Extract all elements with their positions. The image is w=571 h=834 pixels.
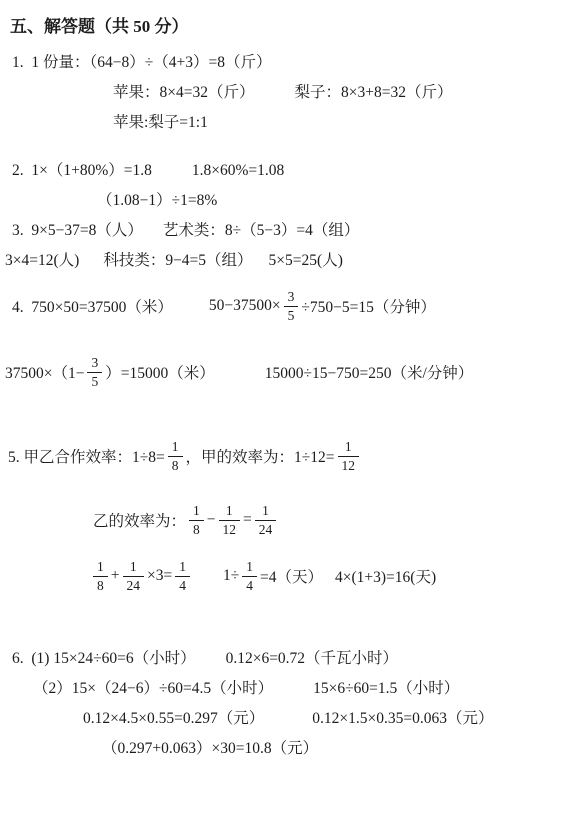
text-run: 1.8×60%=1.08 <box>192 162 284 179</box>
worksheet-page: 五、解答题（共 50 分） 1. 1 份量：（64−8）÷（4+3）=8（斤）苹… <box>0 0 571 834</box>
fraction-denominator: 24 <box>255 521 277 538</box>
problem-4-line-2: 37500×（1−35）=15000（米）15000÷15−750=250（米/… <box>0 344 571 400</box>
fraction: 35 <box>87 355 102 389</box>
fraction: 18 <box>168 439 183 473</box>
text-run: 4×(1+3)=16(天) <box>335 565 436 587</box>
fraction-numerator: 1 <box>93 559 108 577</box>
fraction: 18 <box>93 559 108 593</box>
problem-6-line-4: （0.297+0.063）×30=10.8（元） <box>0 734 571 764</box>
fraction-numerator: 3 <box>284 289 299 307</box>
text-run: ×3= <box>147 567 172 585</box>
text-run: =4（天） <box>260 565 323 587</box>
fraction: 18 <box>189 503 204 537</box>
text-run: 艺术类：8÷（5−3）=4（组） <box>163 222 360 239</box>
fraction-numerator: 1 <box>168 439 183 457</box>
problem-6-line-1: 6. (1) 15×24÷60=6（小时）0.12×6=0.72（千瓦小时） <box>0 644 571 674</box>
text-run: 1. 1 份量：（64−8）÷（4+3）=8（斤） <box>12 54 271 71</box>
fraction-numerator: 1 <box>242 559 257 577</box>
equation-gap <box>273 692 313 693</box>
text-run: （0.297+0.063）×30=10.8（元） <box>102 740 318 757</box>
fraction-numerator: 3 <box>87 355 102 373</box>
equation-gap <box>143 234 163 235</box>
text-run: 5×5=25(人) <box>269 252 343 269</box>
fraction-denominator: 5 <box>284 307 299 324</box>
fraction-denominator: 8 <box>168 457 183 474</box>
text-run: 37500×（1− <box>5 361 84 383</box>
text-run: 0.12×4.5×0.55=0.297（元） <box>83 710 264 727</box>
equation-gap <box>173 306 209 307</box>
fraction-numerator: 1 <box>255 503 277 521</box>
text-run: − <box>207 511 216 529</box>
problem-5-line-1: 5. 甲乙合作效率：1÷8=18，甲的效率为：1÷12=112 <box>0 428 571 484</box>
text-run: （1.08−1）÷1=8% <box>97 192 217 209</box>
text-run: 苹果：8×4=32（斤） <box>113 84 254 101</box>
text-run: ，甲的效率为：1÷12= <box>186 445 335 467</box>
equation-gap <box>152 174 192 175</box>
fraction: 112 <box>338 439 360 473</box>
equation-gap <box>323 576 335 577</box>
problem-5-line-2: 乙的效率为：18−112=124 <box>0 492 571 548</box>
fraction: 124 <box>123 559 145 593</box>
text-run: ）=15000（米） <box>105 361 215 383</box>
problem-6-line-3: 0.12×4.5×0.55=0.297（元）0.12×1.5×0.35=0.06… <box>0 704 571 734</box>
problem-2-line-2: （1.08−1）÷1=8% <box>0 186 571 216</box>
text-run: 0.12×1.5×0.35=0.063（元） <box>312 710 493 727</box>
fraction-denominator: 4 <box>175 577 190 594</box>
fraction-denominator: 4 <box>242 577 257 594</box>
equation-gap <box>196 662 226 663</box>
fraction-numerator: 1 <box>219 503 241 521</box>
fraction-denominator: 12 <box>219 521 241 538</box>
text-run: 4. 750×50=37500（米） <box>12 295 173 317</box>
answer-lines: 1. 1 份量：（64−8）÷（4+3）=8（斤）苹果：8×4=32（斤）梨子：… <box>0 48 571 764</box>
text-run: 3×4=12(人) <box>5 252 79 269</box>
text-run: 5. 甲乙合作效率：1÷8= <box>8 445 165 467</box>
problem-2-line-1: 2. 1×（1+80%）=1.81.8×60%=1.08 <box>0 156 571 186</box>
fraction-denominator: 12 <box>338 457 360 474</box>
text-run: 2. 1×（1+80%）=1.8 <box>12 162 152 179</box>
fraction-numerator: 1 <box>123 559 145 577</box>
text-run: ÷750−5=15（分钟） <box>301 295 436 317</box>
text-run: 0.12×6=0.72（千瓦小时） <box>226 650 398 667</box>
text-run: 乙的效率为： <box>93 509 186 531</box>
text-run: 50−37500× <box>209 297 281 315</box>
text-run: 15×6÷60=1.5（小时） <box>313 680 459 697</box>
text-run: 苹果:梨子=1:1 <box>113 114 208 131</box>
text-run: （2）15×（24−6）÷60=4.5（小时） <box>33 680 273 697</box>
text-run: 6. (1) 15×24÷60=6（小时） <box>12 650 196 667</box>
equation-gap <box>254 96 294 97</box>
fraction: 124 <box>255 503 277 537</box>
text-run: 3. 9×5−37=8（人） <box>12 222 143 239</box>
problem-5-line-3: 18+124×3=141÷14=4（天）4×(1+3)=16(天) <box>0 548 571 604</box>
text-run: 1÷ <box>223 567 239 585</box>
equation-gap <box>264 722 312 723</box>
text-run: = <box>243 511 252 529</box>
equation-gap <box>253 264 269 265</box>
problem-6-line-2: （2）15×（24−6）÷60=4.5（小时）15×6÷60=1.5（小时） <box>0 674 571 704</box>
problem-4-line-1: 4. 750×50=37500（米）50−37500×35÷750−5=15（分… <box>0 278 571 334</box>
fraction: 112 <box>219 503 241 537</box>
fraction-numerator: 1 <box>338 439 360 457</box>
equation-gap <box>193 576 223 577</box>
fraction: 14 <box>242 559 257 593</box>
equation-gap <box>79 264 103 265</box>
text-run: 15000÷15−750=250（米/分钟） <box>265 361 474 383</box>
fraction-denominator: 8 <box>93 577 108 594</box>
problem-3-line-2: 3×4=12(人)科技类：9−4=5（组）5×5=25(人) <box>0 246 571 276</box>
fraction-denominator: 24 <box>123 577 145 594</box>
text-run: 梨子：8×3+8=32（斤） <box>294 84 452 101</box>
fraction: 14 <box>175 559 190 593</box>
text-run: + <box>111 567 120 585</box>
fraction-numerator: 1 <box>175 559 190 577</box>
fraction-denominator: 8 <box>189 521 204 538</box>
problem-3-line-1: 3. 9×5−37=8（人）艺术类：8÷（5−3）=4（组） <box>0 216 571 246</box>
equation-gap <box>215 372 265 373</box>
problem-1-line-3: 苹果:梨子=1:1 <box>0 108 571 138</box>
section-title: 五、解答题（共 50 分） <box>0 14 571 40</box>
problem-1-line-1: 1. 1 份量：（64−8）÷（4+3）=8（斤） <box>0 48 571 78</box>
fraction-denominator: 5 <box>87 373 102 390</box>
fraction: 35 <box>284 289 299 323</box>
problem-1-line-2: 苹果：8×4=32（斤）梨子：8×3+8=32（斤） <box>0 78 571 108</box>
text-run: 科技类：9−4=5（组） <box>103 252 252 269</box>
fraction-numerator: 1 <box>189 503 204 521</box>
